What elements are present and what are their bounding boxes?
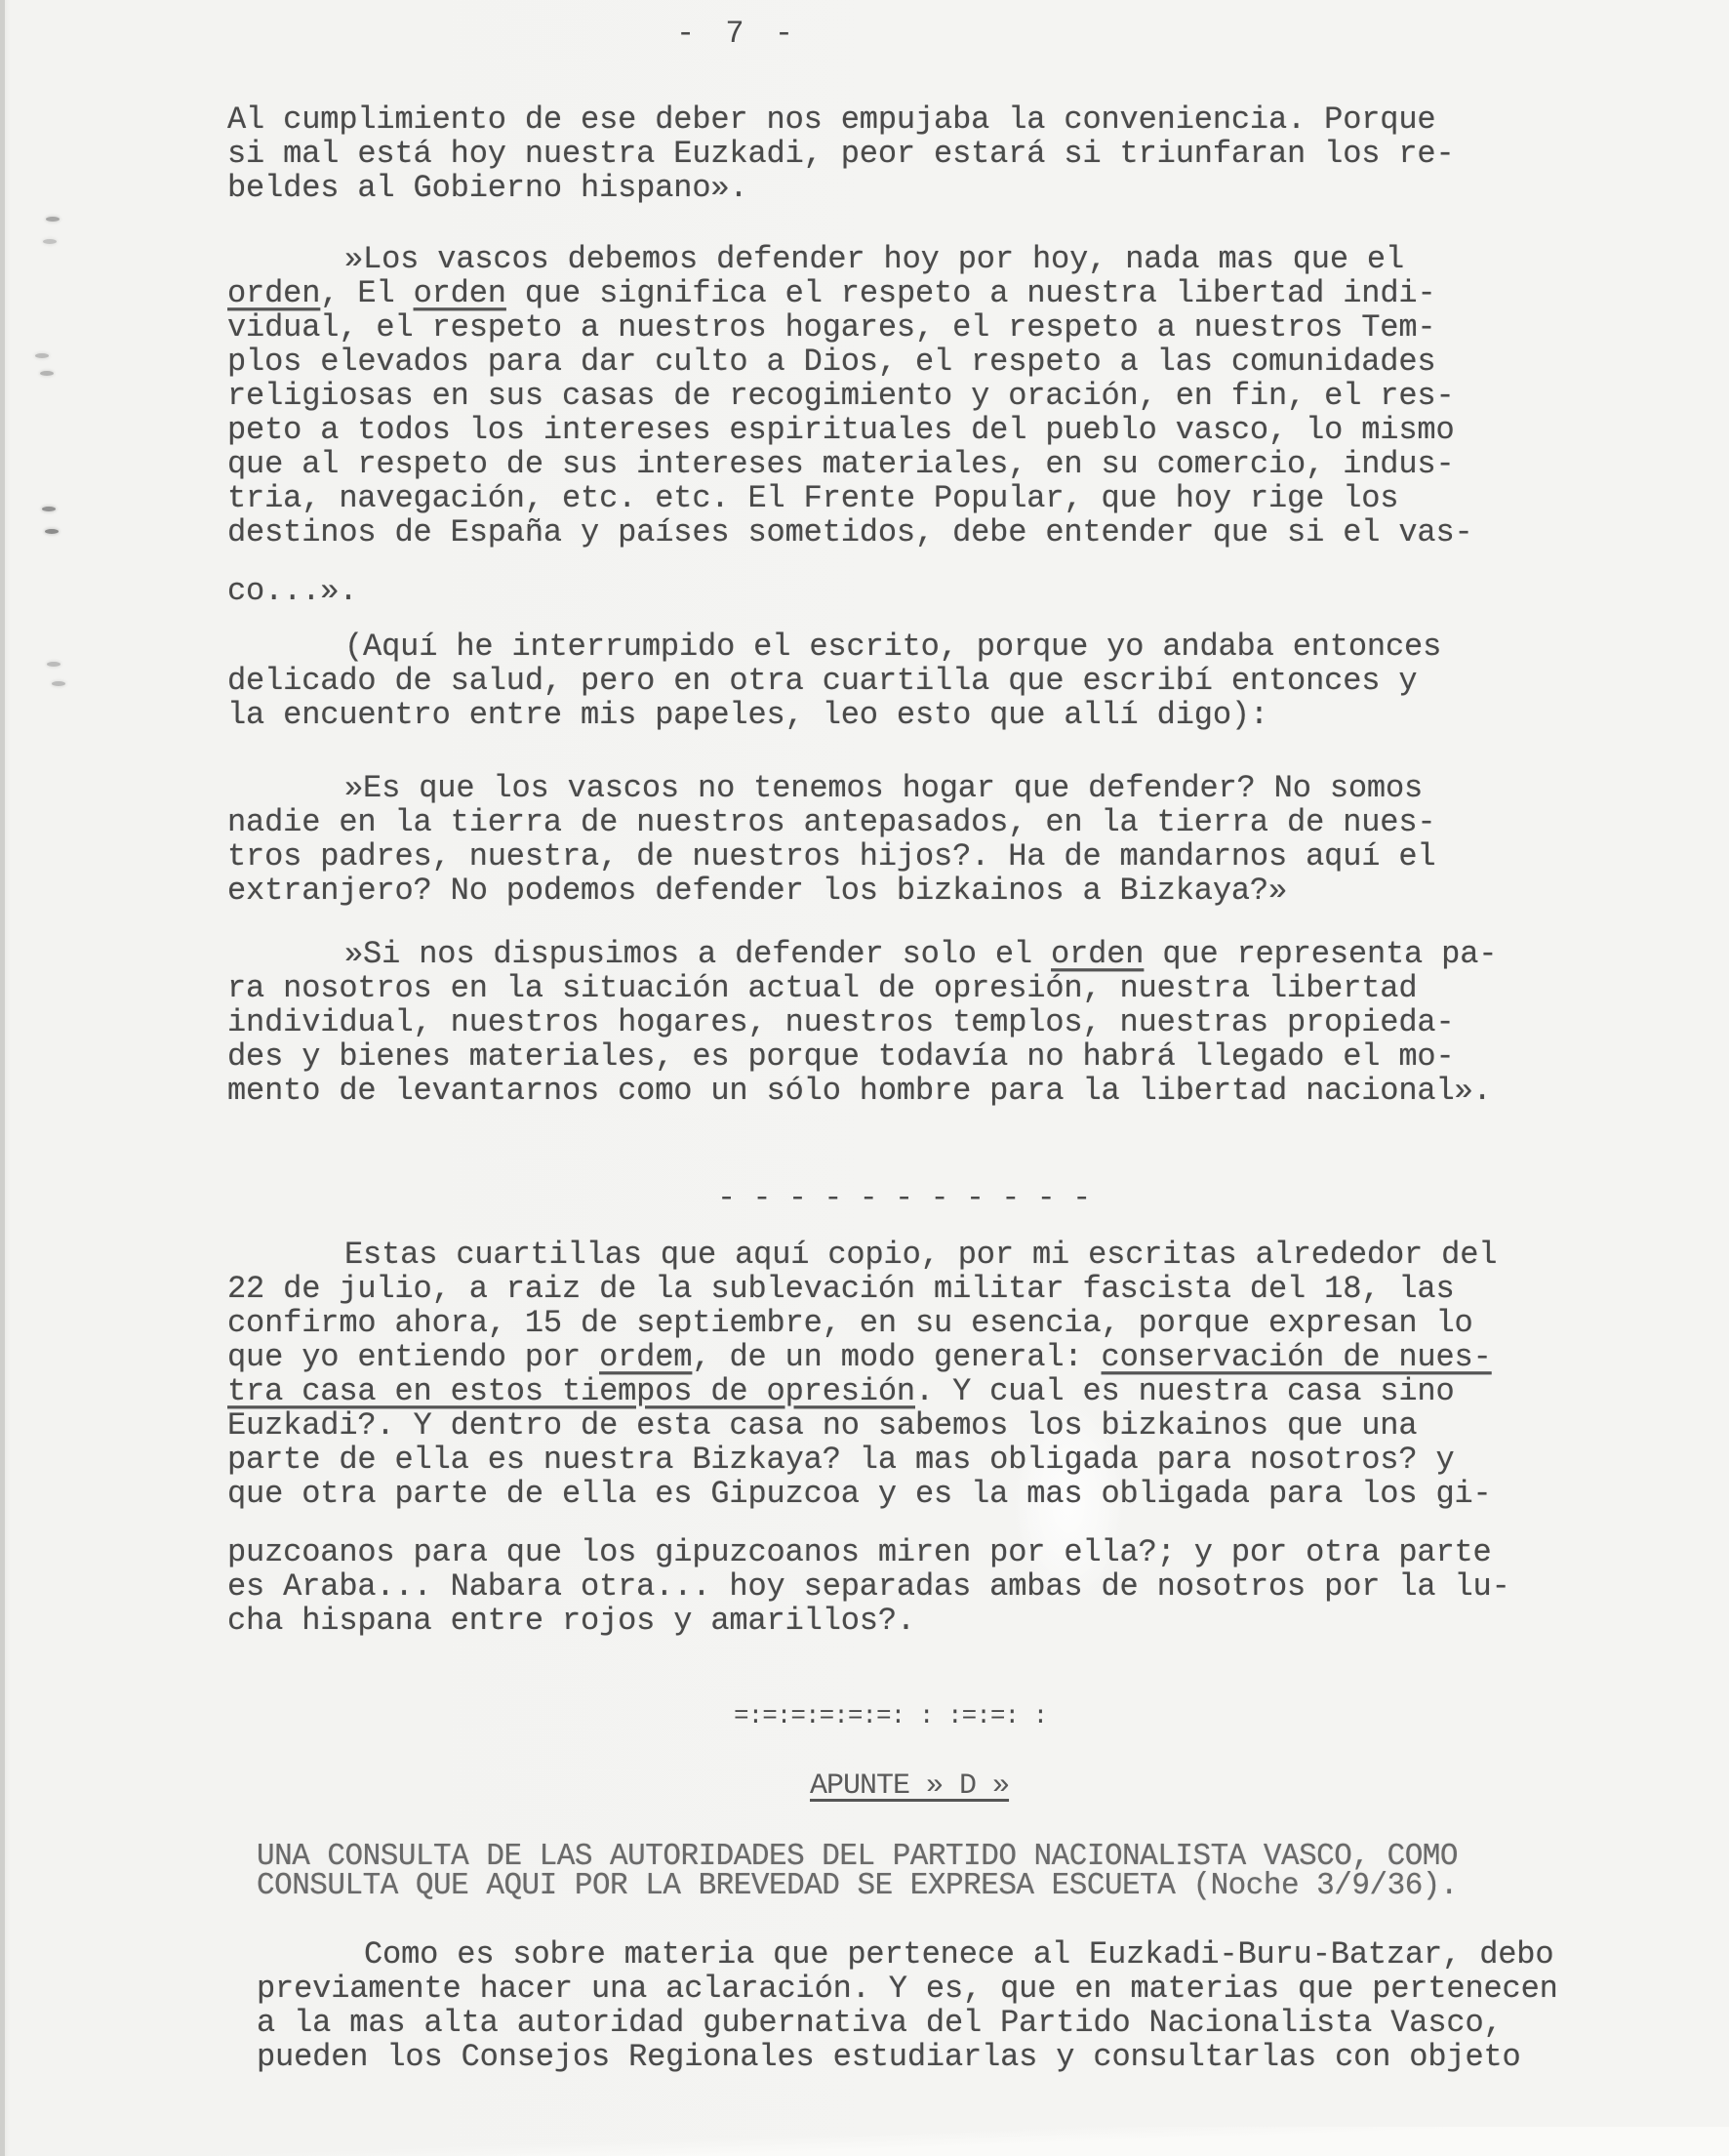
text-line: orden, El orden que significa el respeto… [227,276,1436,312]
underlined-word: orden [227,275,320,312]
punch-mark [47,662,60,667]
text-line: si mal está hoy nuestra Euzkadi, peor es… [227,137,1455,173]
text-line: Estas cuartillas que aquí copio, por mi … [344,1238,1497,1274]
text-line: individual, nuestros hogares, nuestros t… [227,1005,1455,1041]
scanned-page: - 7 - Al cumplimiento de ese deber nos e… [0,0,1729,2156]
punch-mark [40,371,54,376]
text-line: co...». [227,574,357,610]
underlined-phrase: conservación de nues- [1102,1339,1492,1376]
text-line: tria, navegación, etc. etc. El Frente Po… [227,481,1398,517]
text-line: destinos de España y países sometidos, d… [227,515,1473,551]
text-line: Euzkadi?. Y dentro de esta casa no sabem… [227,1408,1417,1444]
text-line: Al cumplimiento de ese deber nos empujab… [227,102,1435,139]
text-line: que al respeto de sus intereses material… [227,447,1455,483]
text-line: (Aquí he interrumpido el escrito, porque… [344,630,1441,666]
text-line: que otra parte de ella es Gipuzcoa y es … [227,1477,1492,1513]
text-line: parte de ella es nuestra Bizkaya? la mas… [227,1443,1455,1479]
text-line: mento de levantarnos como un sólo hombre… [227,1074,1492,1110]
punch-mark [35,353,49,358]
text-line: previamente hacer una aclaración. Y es, … [257,1972,1558,2008]
text-line: tros padres, nuestra, de nuestros hijos?… [227,839,1435,875]
page-bottom-edge [0,2127,1729,2156]
section-heading: APUNTE » D » [810,1769,1009,1804]
text-span: , de un modo general: [692,1339,1101,1376]
text-line: nadie en la tierra de nuestros antepasad… [227,805,1435,841]
underlined-phrase: tra casa en estos tiempos de opresión [227,1373,915,1410]
punch-mark [46,217,60,222]
punch-mark [43,239,57,244]
text-line: 22 de julio, a raiz de la sublevación mi… [227,1272,1455,1308]
text-line: Como es sobre materia que pertenece al E… [364,1937,1553,1973]
text-span: que yo entiendo por [227,1339,599,1376]
punch-mark [45,529,59,534]
text-line: »Es que los vascos no tenemos hogar que … [344,771,1423,807]
text-line: peto a todos los intereses espirituales … [227,413,1455,449]
text-span: que representa pa- [1144,936,1497,973]
text-line: des y bienes materiales, es porque todav… [227,1039,1455,1076]
text-line: pueden los Consejos Regionales estudiarl… [257,2040,1521,2076]
text-line: cha hispana entre rojos y amarillos?. [227,1604,915,1640]
text-span: . Y cual es nuestra casa sino [915,1373,1455,1410]
page-number: - 7 - [676,17,799,52]
text-line: tra casa en estos tiempos de opresión. Y… [227,1374,1455,1410]
page-edge [0,0,5,2156]
text-line: la encuentro entre mis papeles, leo esto… [227,698,1268,734]
text-line: es Araba... Nabara otra... hoy separadas… [227,1569,1510,1606]
dash-separator: - - - - - - - - - - - [717,1181,1090,1216]
text-line: beldes al Gobierno hispano». [227,171,748,207]
underlined-word: ordem [599,1339,692,1376]
text-line: extranjero? No podemos defender los bizk… [227,874,1287,910]
text-line: »Si nos dispusimos a defender solo el or… [344,937,1497,973]
text-span: que significa el respeto a nuestra liber… [506,275,1436,312]
equals-separator: =:=:=:=:=:=: : :=:=: : [734,1698,1047,1733]
text-line: a la mas alta autoridad gubernativa del … [257,2006,1503,2042]
text-line: ra nosotros en la situación actual de op… [227,971,1417,1007]
text-span: »Si nos dispusimos a defender solo el [344,936,1051,973]
text-line: religiosas en sus casas de recogimiento … [227,379,1455,415]
text-line: confirmo ahora, 15 de septiembre, en su … [227,1306,1473,1342]
punch-mark [42,507,56,511]
underlined-word: orden [1051,936,1144,973]
text-line: que yo entiendo por ordem, de un modo ge… [227,1340,1492,1376]
text-span: , El [320,275,413,312]
text-line: puzcoanos para que los gipuzcoanos miren… [227,1535,1492,1571]
text-line: delicado de salud, pero en otra cuartill… [227,664,1417,700]
text-line: plos elevados para dar culto a Dios, el … [227,345,1435,381]
text-line: »Los vascos debemos defender hoy por hoy… [344,242,1404,278]
underlined-word: orden [414,275,506,312]
text-line: vidual, el respeto a nuestros hogares, e… [227,310,1435,346]
punch-mark [52,681,65,686]
section-subtitle-line: CONSULTA QUE AQUI POR LA BREVEDAD SE EXP… [257,1869,1458,1905]
